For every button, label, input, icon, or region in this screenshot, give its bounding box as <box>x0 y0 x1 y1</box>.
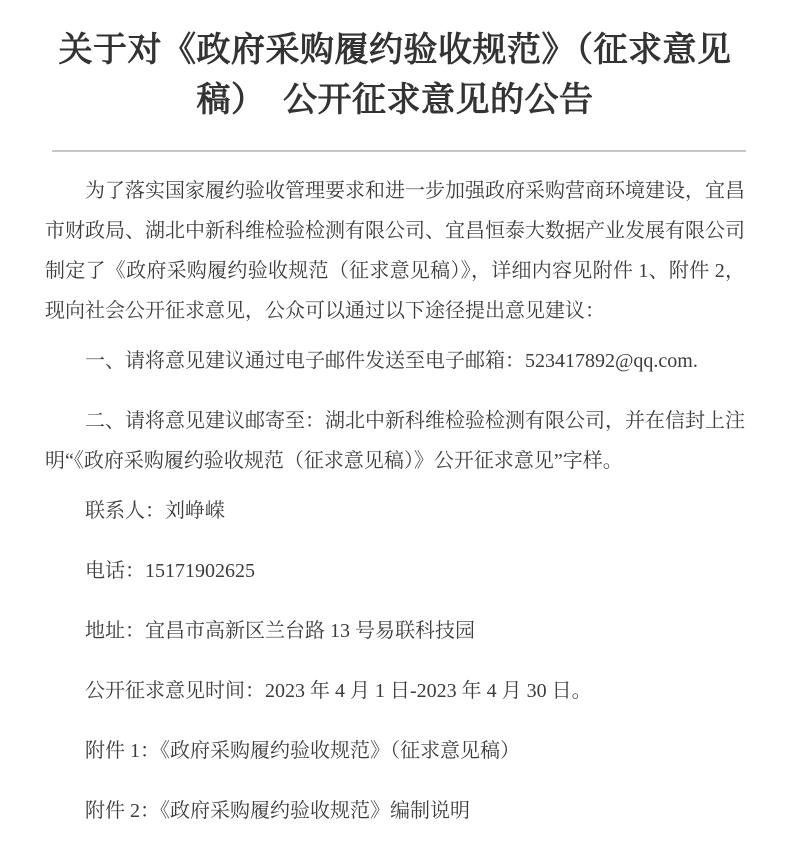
page-title: 关于对《政府采购履约验收规范》（征求意见 稿） 公开征求意见的公告 <box>45 26 745 126</box>
intro-paragraph: 为了落实国家履约验收管理要求和进一步加强政府采购营商环境建设，宜昌市财政局、湖北… <box>45 171 745 331</box>
page-title-line1: 关于对《政府采购履约验收规范》（征求意见 <box>45 26 745 76</box>
email-channel-paragraph: 一、请将意见建议通过电子邮件发送至电子邮箱：523417892@qq.com. <box>45 341 745 381</box>
address-line: 地址：宜昌市高新区兰台路 13 号易联科技园 <box>45 611 745 651</box>
phone-line: 电话：15171902625 <box>45 551 745 591</box>
attachment-2-line: 附件 2：《政府采购履约验收规范》编制说明 <box>45 791 745 831</box>
attachment-1-line: 附件 1：《政府采购履约验收规范》（征求意见稿） <box>45 731 745 771</box>
mail-channel-paragraph: 二、请将意见建议邮寄至：湖北中新科维检验检测有限公司，并在信封上注明“《政府采购… <box>45 401 745 481</box>
document-page: 关于对《政府采购履约验收规范》（征求意见 稿） 公开征求意见的公告 为了落实国家… <box>0 0 785 831</box>
page-title-line2: 稿） 公开征求意见的公告 <box>45 76 745 126</box>
comment-period-line: 公开征求意见时间：2023 年 4 月 1 日-2023 年 4 月 30 日。 <box>45 671 745 711</box>
document-body: 为了落实国家履约验收管理要求和进一步加强政府采购营商环境建设，宜昌市财政局、湖北… <box>45 152 745 831</box>
contact-person-line: 联系人：刘峥嵘 <box>45 491 745 531</box>
